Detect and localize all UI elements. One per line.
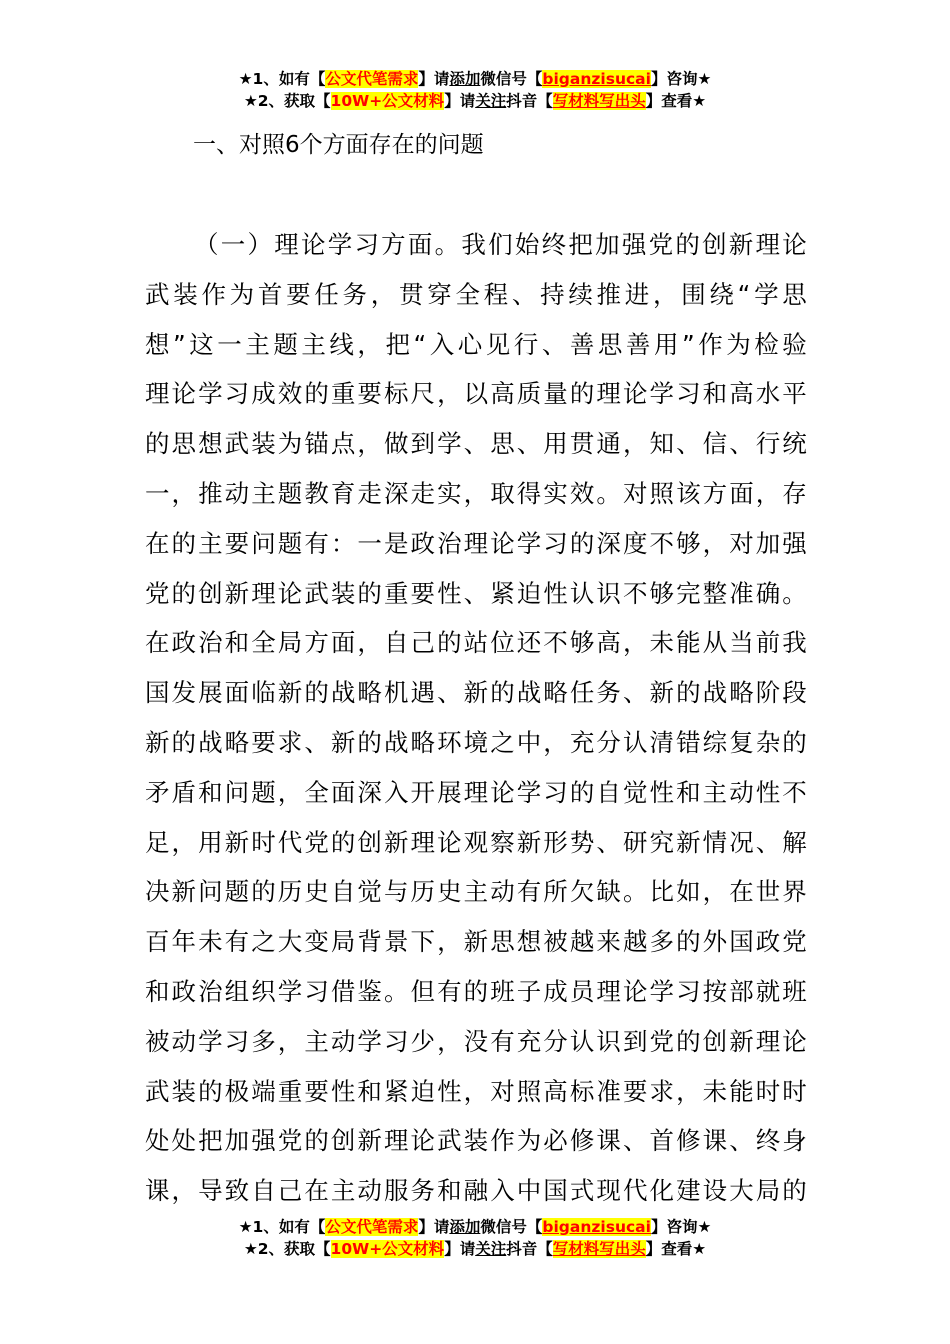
- promo-text: 微信号【: [480, 1218, 542, 1236]
- promo-wechat-id: biganzisucai: [542, 1218, 651, 1236]
- promo-underlined-add: 添加: [449, 70, 480, 88]
- paragraph-line: 足，用新时代党的创新理论观察新形势、研究新情况、解: [145, 818, 807, 868]
- paragraph-line: 百年未有之大变局背景下，新思想被越来越多的外国政党: [145, 917, 807, 967]
- promo-line-1: ★1、如有【公文代笔需求】请添加微信号【biganzisucai】咨询★: [0, 1216, 950, 1238]
- promo-underlined-follow: 关注: [475, 1240, 506, 1258]
- paragraph-line: 一，推动主题教育走深走实，取得实效。对照该方面，存: [145, 469, 807, 519]
- paragraph-line: 决新问题的历史自觉与历史主动有所欠缺。比如，在世界: [145, 867, 807, 917]
- paragraph-line: （一）理论学习方面。我们始终把加强党的创新理论: [145, 220, 807, 270]
- paragraph-line: 国发展面临新的战略机遇、新的战略任务、新的战略阶段: [145, 668, 807, 718]
- promo-highlight-materials: 10W+公文材料: [331, 1240, 445, 1258]
- promo-text: 】请: [418, 1218, 449, 1236]
- promo-line-2: ★2、获取【10W+公文材料】请关注抖音【写材料写出头】查看★: [0, 90, 950, 112]
- paragraph-line: 新的战略要求、新的战略环境之中，充分认清错综复杂的: [145, 718, 807, 768]
- promo-text: ★2、获取【: [244, 1240, 331, 1258]
- promo-text: ★1、如有【: [239, 1218, 326, 1236]
- promo-text: ★1、如有【: [239, 70, 326, 88]
- promo-highlight-materials: 10W+公文材料: [331, 92, 445, 110]
- promo-line-1: ★1、如有【公文代笔需求】请添加微信号【biganzisucai】咨询★: [0, 68, 950, 90]
- paragraph-line: 在的主要问题有：一是政治理论学习的深度不够，对加强: [145, 519, 807, 569]
- promo-underlined-add: 添加: [449, 1218, 480, 1236]
- paragraph-line: 武装作为首要任务，贯穿全程、持续推进，围绕“学思: [145, 270, 807, 320]
- promo-wechat-id: biganzisucai: [542, 70, 651, 88]
- promo-underlined-follow: 关注: [475, 92, 506, 110]
- promo-text: ★2、获取【: [244, 92, 331, 110]
- section-heading: 一、对照6个方面存在的问题: [193, 128, 484, 162]
- paragraph-line: 理论学习成效的重要标尺，以高质量的理论学习和高水平: [145, 369, 807, 419]
- document-body: （一）理论学习方面。我们始终把加强党的创新理论 武装作为首要任务，贯穿全程、持续…: [145, 220, 807, 1216]
- paragraph-line: 矛盾和问题，全面深入开展理论学习的自觉性和主动性不: [145, 768, 807, 818]
- promo-text: 微信号【: [480, 70, 542, 88]
- paragraph-line: 和政治组织学习借鉴。但有的班子成员理论学习按部就班: [145, 967, 807, 1017]
- paragraph-line: 课，导致自己在主动服务和融入中国式现代化建设大局的: [145, 1166, 807, 1216]
- paragraph-line: 党的创新理论武装的重要性、紧迫性认识不够完整准确。: [145, 569, 807, 619]
- promo-text: 】查看★: [646, 92, 706, 110]
- promo-highlight-service: 公文代笔需求: [325, 1218, 418, 1236]
- promo-text: 】请: [418, 70, 449, 88]
- paragraph-line: 武装的极端重要性和紧迫性，对照高标准要求，未能时时: [145, 1067, 807, 1117]
- promo-text: 】查看★: [646, 1240, 706, 1258]
- top-promo-banner: ★1、如有【公文代笔需求】请添加微信号【biganzisucai】咨询★ ★2、…: [0, 68, 950, 112]
- bottom-promo-banner: ★1、如有【公文代笔需求】请添加微信号【biganzisucai】咨询★ ★2、…: [0, 1216, 950, 1260]
- promo-douyin-account: 写材料写出头: [553, 92, 646, 110]
- paragraph-line: 处处把加强党的创新理论武装作为必修课、首修课、终身: [145, 1116, 807, 1166]
- promo-text: 】请: [444, 92, 475, 110]
- promo-text: 抖音【: [506, 1240, 553, 1258]
- paragraph-line: 想”这一主题主线，把“入心见行、善思善用”作为检验: [145, 320, 807, 370]
- promo-text: 】请: [444, 1240, 475, 1258]
- promo-text: 】咨询★: [651, 1218, 711, 1236]
- promo-highlight-service: 公文代笔需求: [325, 70, 418, 88]
- paragraph-line: 的思想武装为锚点，做到学、思、用贯通，知、信、行统: [145, 419, 807, 469]
- promo-text: 抖音【: [506, 92, 553, 110]
- paragraph-line: 被动学习多，主动学习少，没有充分认识到党的创新理论: [145, 1017, 807, 1067]
- promo-douyin-account: 写材料写出头: [553, 1240, 646, 1258]
- promo-line-2: ★2、获取【10W+公文材料】请关注抖音【写材料写出头】查看★: [0, 1238, 950, 1260]
- paragraph-line: 在政治和全局方面，自己的站位还不够高，未能从当前我: [145, 618, 807, 668]
- promo-text: 】咨询★: [651, 70, 711, 88]
